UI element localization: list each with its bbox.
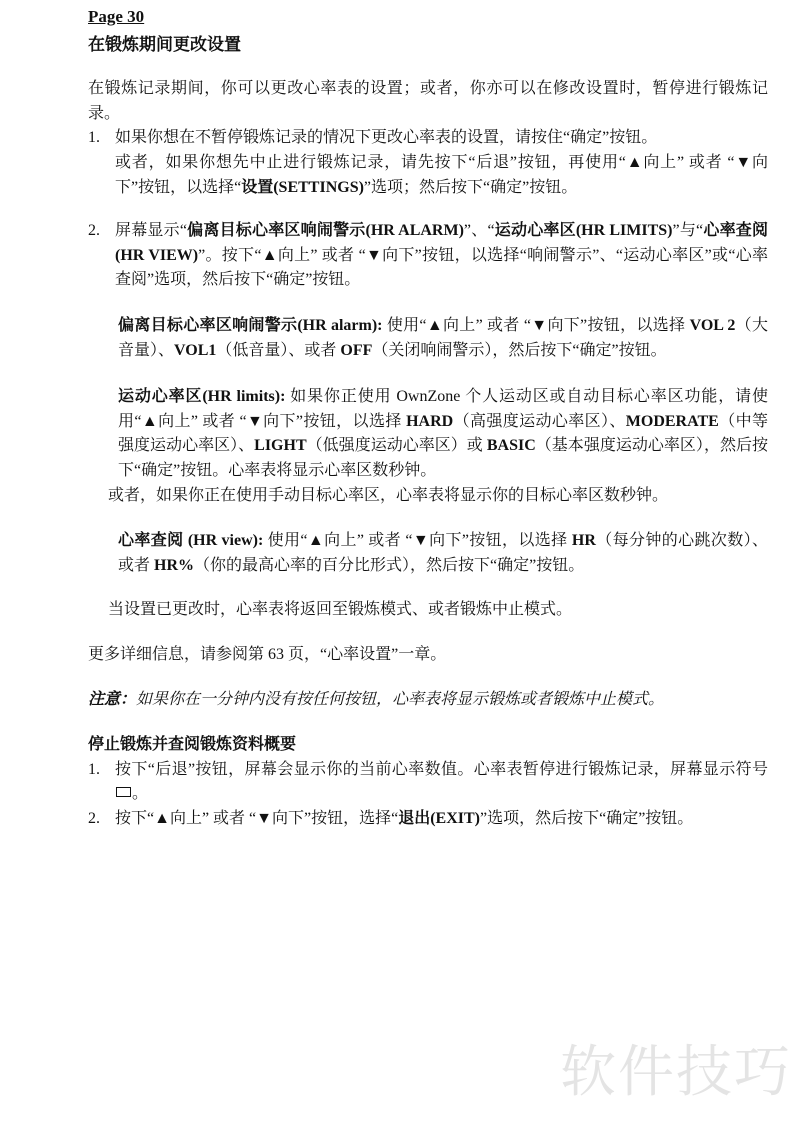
settings-changed-paragraph: 当设置已更改时，心率表将返回至锻炼模式、或者锻炼中止模式。 [108, 598, 768, 623]
watermark: 软件技巧 [560, 1028, 792, 1108]
list-item: 2. 屏幕显示“偏离目标心率区响闹警示(HR ALARM)”、“运动心率区(HR… [88, 219, 768, 293]
page-label: Page 30 [88, 7, 144, 27]
list-number: 1. [88, 758, 115, 783]
page-content: Page 30 在锻炼期间更改设置 在锻炼记录期间，你可以更改心率表的设置；或者… [88, 6, 768, 832]
list-number: 2. [88, 807, 115, 832]
list-item-text: 按下“后退”按钮，屏幕会显示你的当前心率数值。心率表暂停进行锻炼记录，屏幕显示符… [115, 758, 768, 808]
document-page: Page 30 在锻炼期间更改设置 在锻炼记录期间，你可以更改心率表的设置；或者… [0, 0, 800, 1132]
list-item-body: 按下“后退”按钮，屏幕会显示你的当前心率数值。心率表暂停进行锻炼记录，屏幕显示符… [115, 758, 768, 808]
list-item: 2. 按下“▲向上” 或者 “▼向下”按钮，选择“退出(EXIT)”选项，然后按… [88, 807, 768, 832]
hr-limits-paragraph: 运动心率区(HR limits): 如果你正使用 OwnZone 个人运动区或自… [118, 385, 768, 484]
more-info-paragraph: 更多详细信息，请参阅第 63 页，“心率设置”一章。 [88, 643, 768, 668]
list-item-text: 屏幕显示“偏离目标心率区响闹警示(HR ALARM)”、“运动心率区(HR LI… [115, 219, 768, 293]
list-item: 1. 如果你想在不暂停锻炼记录的情况下更改心率表的设置，请按住“确定”按钮。 或… [88, 126, 768, 200]
hr-limits-alt-paragraph: 或者，如果你正在使用手动目标心率区，心率表将显示你的目标心率区数秒钟。 [108, 484, 768, 509]
list-number: 1. [88, 126, 115, 151]
list-number: 2. [88, 219, 115, 244]
section-title: 在锻炼期间更改设置 [88, 34, 768, 56]
list-item: 1. 按下“后退”按钮，屏幕会显示你的当前心率数值。心率表暂停进行锻炼记录，屏幕… [88, 758, 768, 808]
note-paragraph: 注意：如果你在一分钟内没有按任何按钮，心率表将显示锻炼或者锻炼中止模式。 [88, 688, 768, 713]
list-item-body: 如果你想在不暂停锻炼记录的情况下更改心率表的设置，请按住“确定”按钮。 或者，如… [115, 126, 768, 200]
intro-paragraph: 在锻炼记录期间，你可以更改心率表的设置；或者，你亦可以在修改设置时，暂停进行锻炼… [88, 77, 768, 127]
list-item-body: 按下“▲向上” 或者 “▼向下”按钮，选择“退出(EXIT)”选项，然后按下“确… [115, 807, 768, 832]
section2-title: 停止锻炼并查阅锻炼资料概要 [88, 733, 768, 758]
list-item-text: 如果你想在不暂停锻炼记录的情况下更改心率表的设置，请按住“确定”按钮。 [115, 126, 768, 151]
hr-alarm-paragraph: 偏离目标心率区响闹警示(HR alarm): 使用“▲向上” 或者 “▼向下”按… [118, 314, 768, 364]
rect-symbol-icon [116, 787, 131, 797]
list-item-continuation: 或者，如果你想先中止进行锻炼记录，请先按下“后退”按钮，再使用“▲向上” 或者 … [115, 151, 768, 201]
list-item-body: 屏幕显示“偏离目标心率区响闹警示(HR ALARM)”、“运动心率区(HR LI… [115, 219, 768, 293]
page-label-row: Page 30 [88, 6, 768, 31]
list-item-text: 按下“▲向上” 或者 “▼向下”按钮，选择“退出(EXIT)”选项，然后按下“确… [115, 807, 768, 832]
hr-view-paragraph: 心率查阅 (HR view): 使用“▲向上” 或者 “▼向下”按钮，以选择 H… [118, 529, 768, 579]
